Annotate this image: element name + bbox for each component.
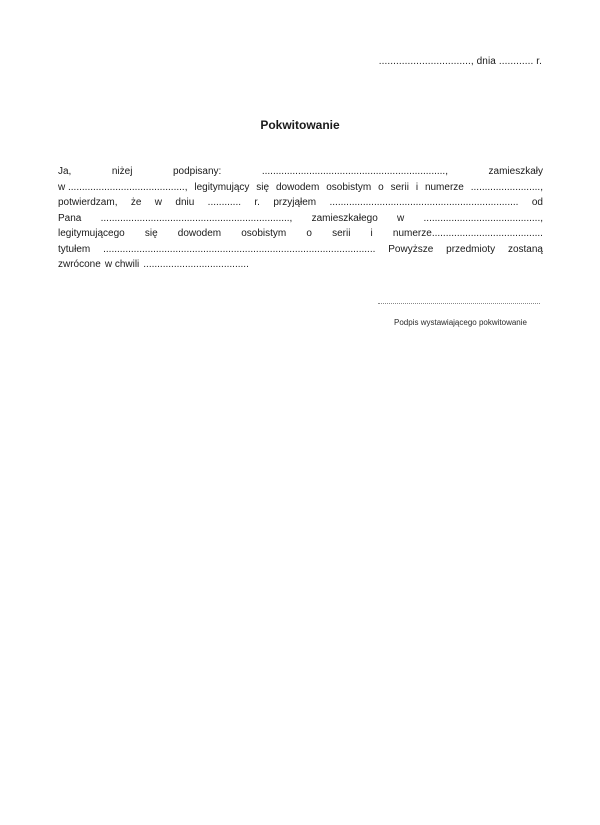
id-number-blank: .........................,: [471, 180, 543, 196]
body-line-6: tytułem ................................…: [58, 242, 543, 258]
body-line-7: zwrócone w chwili ......................…: [58, 257, 543, 273]
word: r.: [254, 195, 260, 211]
word: Powyższe: [388, 242, 433, 258]
word: zamieszkałego: [312, 211, 378, 227]
receipt-body: Ja, niżej podpisany: ...................…: [58, 164, 543, 273]
place-date-line: ................................, dnia .…: [379, 56, 542, 67]
giver-address-blank: ........................................…: [424, 211, 543, 227]
word: się: [256, 180, 269, 196]
word: przedmioty: [446, 242, 495, 258]
word: od: [532, 195, 543, 211]
giver-id-number-blank: numerze.................................…: [393, 226, 543, 242]
title-blank: ........................................…: [103, 242, 375, 258]
document-title: Pokwitowanie: [0, 118, 600, 132]
body-line-2: w ......................................…: [58, 180, 543, 196]
word: osobistym: [241, 226, 286, 242]
signature-label: Podpis wystawiającego pokwitowanie: [378, 318, 543, 327]
word: w chwili: [105, 257, 139, 273]
return-time-blank: ......................................: [143, 257, 249, 273]
word: zostaną: [508, 242, 543, 258]
word: osobistym: [326, 180, 371, 196]
word: o: [306, 226, 312, 242]
word: i: [416, 180, 418, 196]
word: dowodem: [276, 180, 319, 196]
word: Pana: [58, 211, 81, 227]
signature-line: [378, 303, 540, 304]
word: numerze: [425, 180, 464, 196]
word: się: [145, 226, 158, 242]
word: zwrócone: [58, 257, 101, 273]
items-blank: ........................................…: [330, 195, 519, 211]
word: tytułem: [58, 242, 90, 258]
word: Ja,: [58, 164, 71, 180]
word: zamieszkały: [489, 164, 543, 180]
word: o: [378, 180, 384, 196]
word: serii: [332, 226, 350, 242]
body-line-3: potwierdzam, że w dniu ............ r. p…: [58, 195, 543, 211]
body-line-4: Pana ...................................…: [58, 211, 543, 227]
body-line-1: Ja, niżej podpisany: ...................…: [58, 164, 543, 180]
word: że: [131, 195, 142, 211]
word: i: [371, 226, 373, 242]
address-blank: w ......................................…: [58, 180, 187, 196]
word: podpisany:: [173, 164, 221, 180]
word: dniu: [175, 195, 194, 211]
word: niżej: [112, 164, 133, 180]
word: potwierdzam,: [58, 195, 117, 211]
word: w: [397, 211, 404, 227]
word: w: [155, 195, 162, 211]
word: serii: [391, 180, 409, 196]
name-blank: ........................................…: [262, 164, 448, 180]
body-line-5: legitymującego się dowodem osobistym o s…: [58, 226, 543, 242]
word: przyjąłem: [273, 195, 316, 211]
word: legitymujący: [194, 180, 249, 196]
giver-name-blank: ........................................…: [101, 211, 293, 227]
word: dowodem: [178, 226, 221, 242]
word: legitymującego: [58, 226, 125, 242]
date-blank: ............: [208, 195, 241, 211]
